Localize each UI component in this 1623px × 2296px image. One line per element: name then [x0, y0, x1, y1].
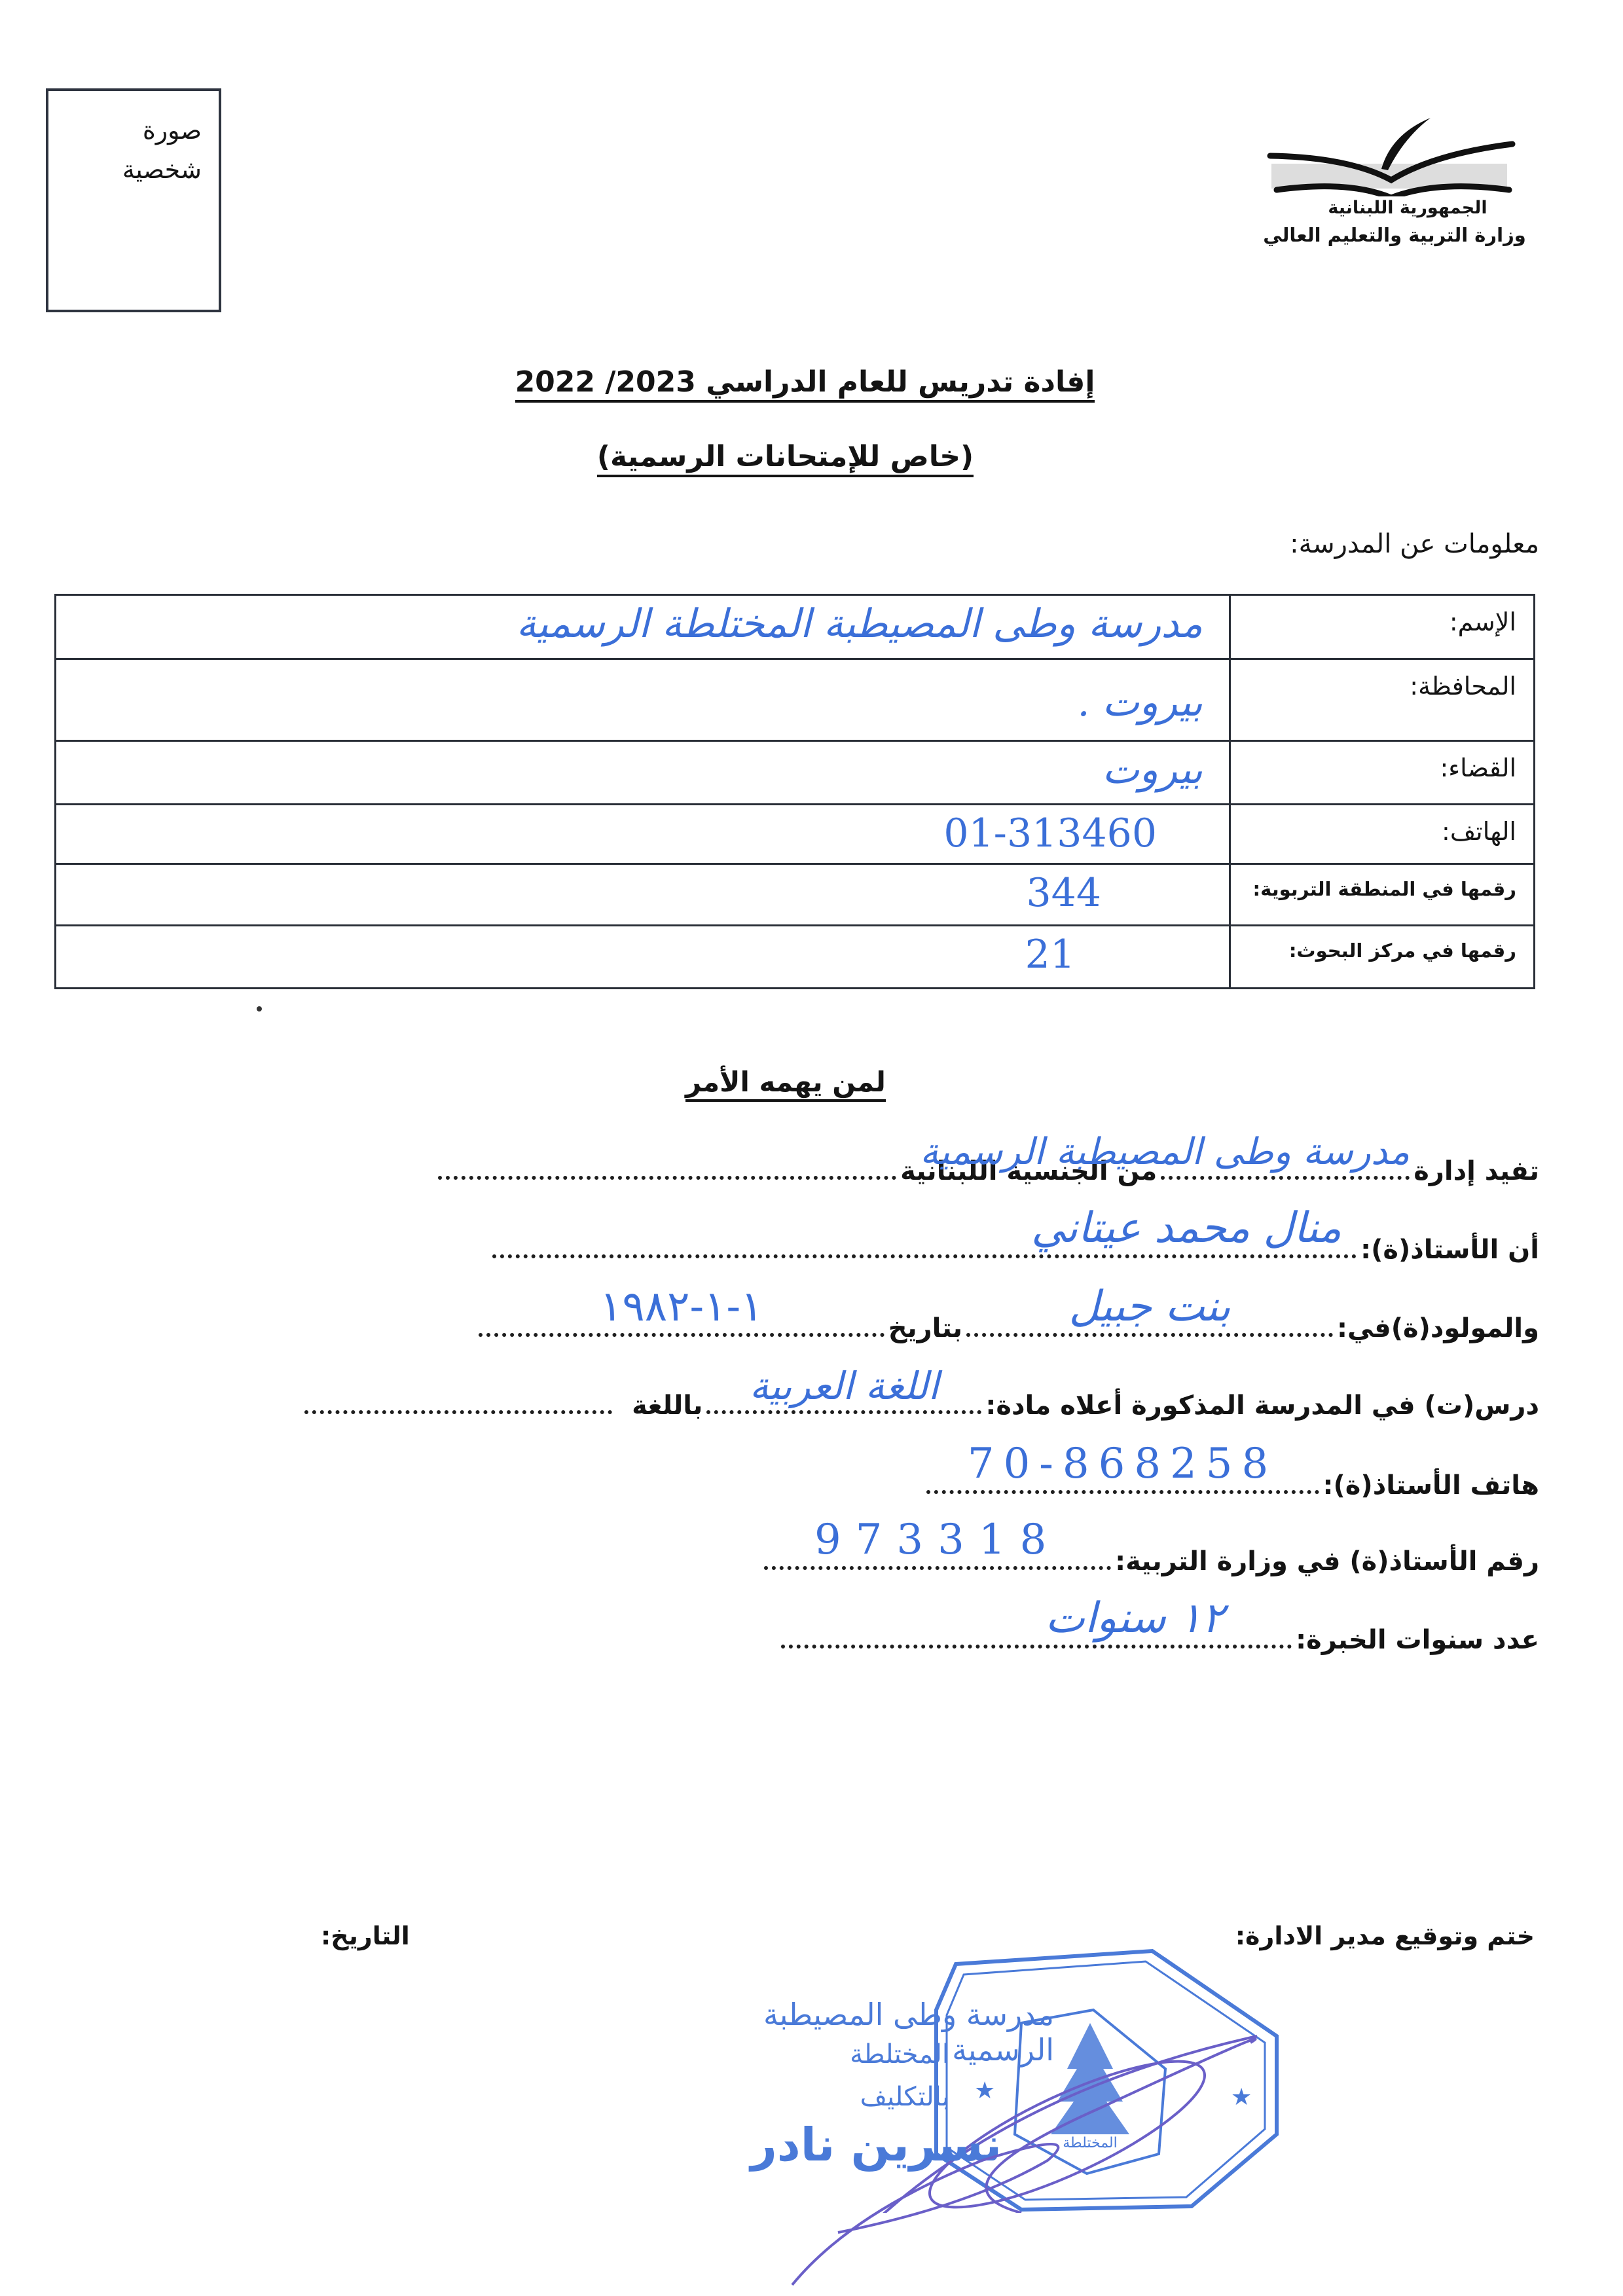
- to-whom-it-may-concern-heading: لمن يهمه الأمر: [655, 1066, 917, 1098]
- form-line-school-admin: تفيد إدارة مدرسة وطى المصيطبة الرسمية من…: [434, 1134, 1539, 1186]
- form-line-teacher-phone: هاتف الأستاذ(ة): 70-868258: [922, 1448, 1539, 1501]
- ministry-number-label: رقم الأستاذ(ة) في وزارة التربية:: [1115, 1546, 1539, 1576]
- research-center-number-label: رقمها في مركز البحوث:: [1230, 926, 1535, 989]
- photo-label-line2: شخصية: [122, 150, 202, 189]
- personal-photo-box: صورة شخصية: [46, 88, 221, 312]
- form-line-teacher-name: أن الأستاذ(ة): منال محمد عيتاني: [488, 1212, 1539, 1265]
- table-row-governorate: بيروت . المحافظة:: [56, 659, 1535, 741]
- birthdate-field[interactable]: ١-١-١٩٨٢: [479, 1333, 884, 1337]
- document-title: إفادة تدريس للعام الدراسي 2023/ 2022: [0, 365, 1616, 399]
- experience-value: ١٢ سنوات: [977, 1597, 1292, 1639]
- district-value[interactable]: بيروت: [56, 741, 1230, 805]
- document-title-text: إفادة تدريس للعام الدراسي 2023/ 2022: [515, 365, 1095, 403]
- table-row-research-center-number: 21 رقمها في مركز البحوث:: [56, 926, 1535, 989]
- concern-heading-text: لمن يهمه الأمر: [685, 1066, 886, 1102]
- logo-republic-text: الجمهورية اللبنانية: [1270, 198, 1545, 218]
- school-phone-value[interactable]: 01-313460: [56, 805, 1230, 864]
- handwritten-signature: [773, 2134, 1100, 2296]
- subject-field[interactable]: اللغة العربية: [706, 1410, 981, 1414]
- school-name-label: الإسم:: [1230, 595, 1535, 659]
- teacher-phone-field[interactable]: 70-868258: [926, 1490, 1319, 1494]
- birthdate-label: بتاريخ: [888, 1313, 962, 1343]
- birthplace-field[interactable]: بنت جبيل: [966, 1333, 1333, 1337]
- table-row-name: مدرسة وطى المصيطبة المختلطة الرسمية الإس…: [56, 595, 1535, 659]
- stamp-mixed-text: المختلطة: [753, 2039, 949, 2069]
- form-line-experience: عدد سنوات الخبرة: ١٢ سنوات: [777, 1603, 1539, 1655]
- table-row-edu-zone-number: 344 رقمها في المنطقة التربوية:: [56, 864, 1535, 926]
- nationality-trailing-field[interactable]: [438, 1176, 896, 1180]
- district-label: القضاء:: [1230, 741, 1535, 805]
- experience-label: عدد سنوات الخبرة:: [1296, 1625, 1539, 1655]
- school-info-table: مدرسة وطى المصيطبة المختلطة الرسمية الإس…: [54, 594, 1535, 989]
- table-row-district: بيروت القضاء:: [56, 741, 1535, 805]
- birthplace-label: والمولود(ة)في:: [1337, 1313, 1539, 1343]
- language-field[interactable]: [304, 1410, 612, 1414]
- document-subtitle-text: (خاص للإمتحانات الرسمية): [597, 440, 974, 477]
- form-line-ministry-number: رقم الأستاذ(ة) في وزارة التربية: 973318: [760, 1524, 1539, 1576]
- photo-label-line1: صورة: [122, 111, 202, 150]
- teacher-phone-label: هاتف الأستاذ(ة):: [1323, 1470, 1539, 1501]
- school-phone-label: الهاتف:: [1230, 805, 1535, 864]
- document-subtitle: (خاص للإمتحانات الرسمية): [0, 440, 1597, 473]
- form-line-subject: درس(ت) في المدرسة المذكورة أعلاه مادة: ا…: [301, 1368, 1539, 1421]
- school-name-value[interactable]: مدرسة وطى المصيطبة المختلطة الرسمية: [56, 595, 1230, 659]
- experience-field[interactable]: ١٢ سنوات: [781, 1645, 1292, 1649]
- teacher-phone-value: 70-868258: [926, 1443, 1319, 1485]
- ministry-number-field[interactable]: 973318: [764, 1566, 1111, 1570]
- governorate-label: المحافظة:: [1230, 659, 1535, 741]
- table-row-phone: 01-313460 الهاتف:: [56, 805, 1535, 864]
- teacher-name-field[interactable]: منال محمد عيتاني: [492, 1254, 1357, 1258]
- date-label: التاريخ:: [321, 1922, 410, 1950]
- subject-label: درس(ت) في المدرسة المذكورة أعلاه مادة:: [985, 1391, 1539, 1421]
- form-line-birth: والمولود(ة)في: بنت جبيل بتاريخ ١-١-١٩٨٢: [475, 1291, 1539, 1343]
- admin-school-value: مدرسة وطى المصيطبة الرسمية: [1161, 1134, 1410, 1171]
- open-book-quill-icon: [1257, 98, 1532, 196]
- governorate-value[interactable]: بيروت .: [56, 659, 1230, 741]
- ministry-logo: الجمهورية اللبنانية وزارة التربية والتعل…: [1257, 98, 1532, 262]
- photo-box-label: صورة شخصية: [122, 111, 202, 189]
- birthplace-value: بنت جبيل: [966, 1286, 1333, 1328]
- svg-text:★: ★: [974, 2077, 995, 2104]
- stray-dot: [257, 1006, 262, 1011]
- edu-zone-number-label: رقمها في المنطقة التربوية:: [1230, 864, 1535, 926]
- admin-prefix-label: تفيد إدارة: [1413, 1156, 1539, 1186]
- language-label: باللغة: [632, 1391, 702, 1421]
- svg-text:★: ★: [1231, 2084, 1252, 2111]
- birthdate-value: ١-١-١٩٨٢: [479, 1286, 884, 1328]
- admin-school-field[interactable]: مدرسة وطى المصيطبة الرسمية: [1161, 1176, 1410, 1180]
- school-info-heading: معلومات عن المدرسة:: [1290, 529, 1539, 559]
- subject-value: اللغة العربية: [706, 1367, 981, 1405]
- edu-zone-number-value[interactable]: 344: [56, 864, 1230, 926]
- ministry-number-value: 973318: [764, 1519, 1111, 1561]
- teacher-name-label: أن الأستاذ(ة):: [1360, 1235, 1539, 1265]
- logo-ministry-text: وزارة التربية والتعليم العالي: [1257, 224, 1532, 246]
- research-center-number-value[interactable]: 21: [56, 926, 1230, 989]
- teacher-name-value: منال محمد عيتاني: [1016, 1207, 1357, 1249]
- stamp-assignment-text: بالتكليف: [753, 2082, 949, 2112]
